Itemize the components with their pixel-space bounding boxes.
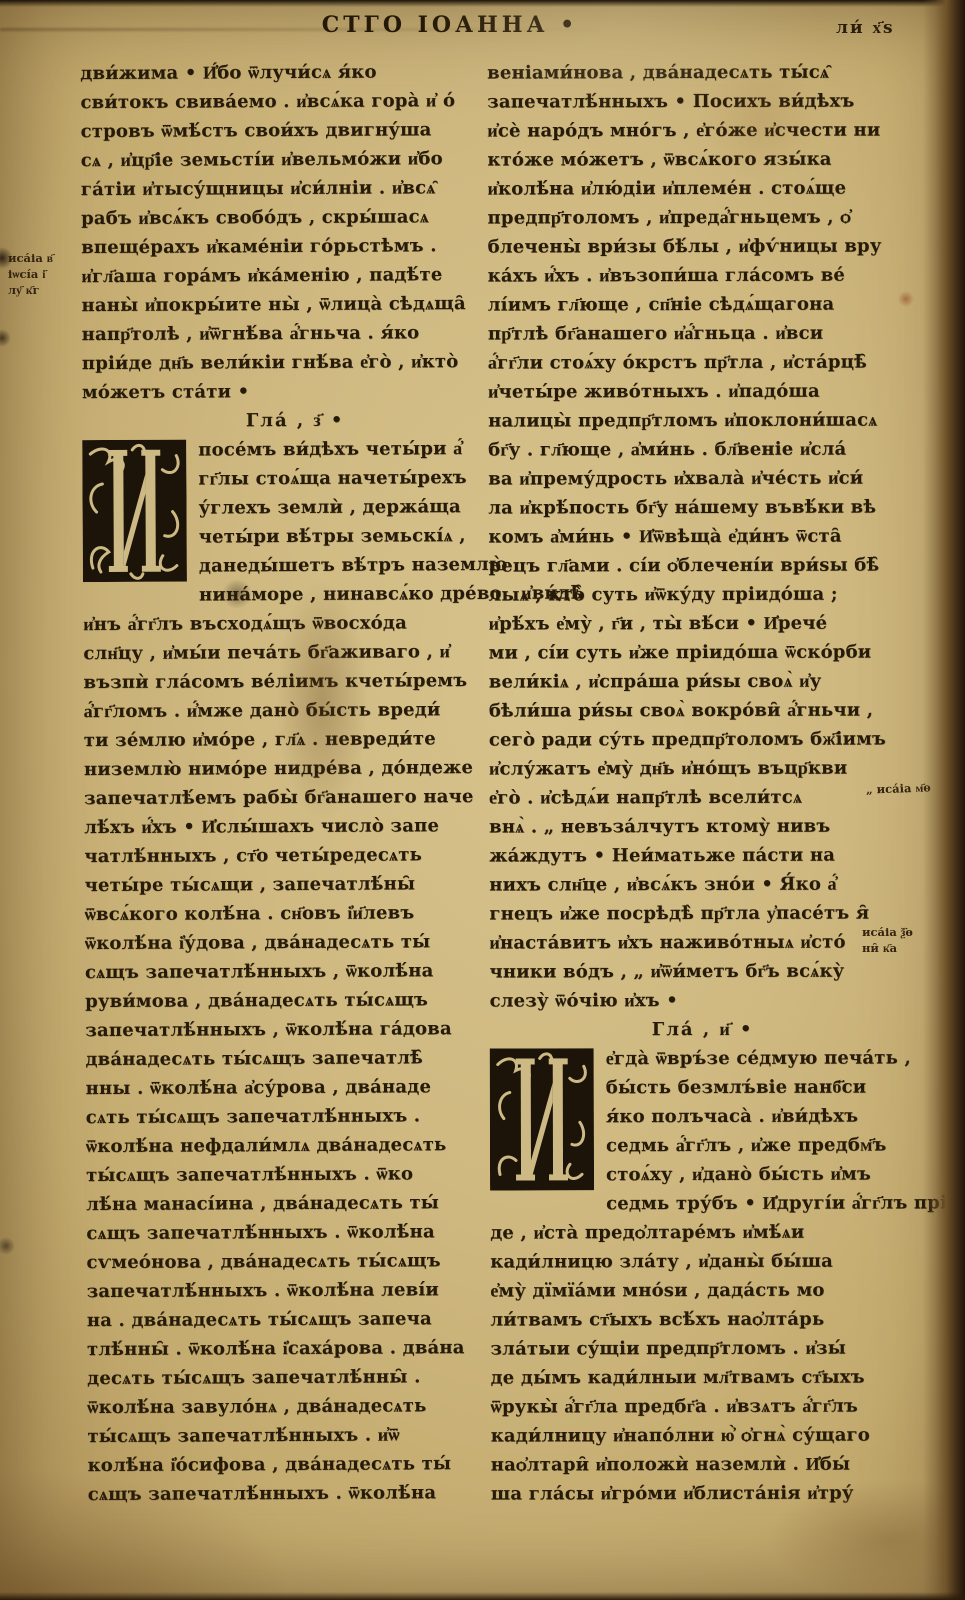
text-line: нина́море , нинавсѧ́ко дре́во . и҆ви́дѣ̑ xyxy=(83,579,509,610)
text-line: внѧ̀ . „ невъза́лчутъ ктому̀ нивъ xyxy=(489,811,915,841)
right-column-chapter8-text: е҆гда̀ ѿвръ́зе се́дмую печа́ть ,бы́сть б… xyxy=(490,1043,917,1508)
text-line: ша гла́сы и҆гро́ми и҆блиста́нія и҆тру́ xyxy=(491,1478,917,1508)
text-line: кади́лницю зла́ту , и҆даны̀ бы́ша xyxy=(490,1246,916,1276)
text-line: ты́сѧщъ запечатлѣ́нныхъ . и҆ѿ xyxy=(87,1420,513,1451)
text-line: иса́іа в҃ xyxy=(8,250,82,266)
left-column-chapter7-text: посе́мъ ви́дѣхъ четы́ри а҆́гг҃лы стоѧ́ща… xyxy=(82,434,514,1509)
text-line: кто́же мо́жетъ , ѿвсѧ́кого язы́ка xyxy=(487,144,913,174)
text-line: тлѣ́нны̑ . ѿколѣ́на і҆саха́рова . два́на xyxy=(87,1333,513,1364)
left-column-top-text: дви́жима • И҆́бо ѿлучи́сѧ я́косви́токъ с… xyxy=(80,57,508,407)
text-line: лыѧ , кто̀ суть и҆ѿку́ду пріидо́ша ; xyxy=(488,579,914,609)
text-line: и҆рѣ́хъ е҆му̀ , г҃и , ты̀ вѣ́си • И҆рече… xyxy=(489,608,915,638)
text-line: пр҃тлѣ бг҃анашего и҆а҆́гньца . и҆вси xyxy=(488,318,914,348)
text-line: сѧ , и҆цр҃іе земьсті́и и҆вельмо́жи и҆бо xyxy=(81,144,507,175)
text-line: пріи́де дн҃ь вели́кіи гнѣ́ва е҆го̀ , и҆к… xyxy=(82,347,508,378)
text-line: наны̀ и҆покры́ите ны̀ , ѿлица̀ сѣдѧща̑ xyxy=(81,289,507,320)
book-page-scan: СТГО ІОАННА • ли́ х҃ѕ иса́іа в҃іѡсі́а і҃… xyxy=(0,0,965,1600)
running-title: СТГО ІОАННА • xyxy=(250,12,650,38)
text-line: налицы̀ предпр҃тломъ и҆поклони́шасѧ xyxy=(488,405,914,435)
chapter-heading-8: Гла́ , и҃ • xyxy=(490,1014,916,1044)
text-line: рецъ гл҃ами . сі́и ѻ҆блечені́и ври́ѕы бѣ… xyxy=(488,550,914,580)
text-line: лѣ́на манасі́ина , два́надесѧть ты́ xyxy=(86,1188,512,1219)
text-line: лу҃ к҃г xyxy=(8,282,82,298)
text-line: и҆четы́ре живо́тныхъ . и҆падо́ша xyxy=(488,376,914,406)
text-line: колѣ́на і҆о́сифова , два́надесѧть ты́ xyxy=(87,1449,513,1480)
text-line: слн҃цу , и҆мы́и печа́ть бг҃аживаго , и҆ xyxy=(83,637,509,668)
text-line: сѧщъ запечатлѣ́нныхъ . ѿколѣ́на xyxy=(88,1478,514,1509)
text-line: ли́твамъ ст҃ыхъ всѣ́хъ наѻ҆лта́рь xyxy=(490,1304,916,1334)
text-line: напр҃толѣ , и҆ѿгнѣ́ва а҆́гньча . я́ко xyxy=(82,318,508,349)
text-line: запечатлѣ́нныхъ , ѿколѣ́на га́дова xyxy=(85,1014,511,1045)
text-line: запечатлѣ́нныхъ • Посихъ ви́дѣхъ xyxy=(487,86,913,116)
ornate-initial-woodcut-icon xyxy=(490,1048,594,1190)
text-line: сѧщъ запечатлѣ́нныхъ , ѿколѣ́на xyxy=(85,956,511,987)
text-line: ѿколѣ́на завуло́нѧ , два́надесѧть xyxy=(87,1391,513,1422)
text-line: де , и҆ста̀ предѻ҆лтаре́мъ и҆мѣ́ѧи xyxy=(490,1217,916,1247)
text-line: десѧть ты́сѧщъ запечатлѣ́нны̑ . xyxy=(87,1362,513,1393)
text-line: ва и҆прему́дрость и҆хвала̀ и҆че́сть и҆си… xyxy=(488,463,914,493)
text-line: на . два́надесѧть ты́сѧщъ запеча xyxy=(87,1304,513,1335)
text-line: и҆наста́витъ и҆хъ наживо́тныѧ и҆сто́ xyxy=(489,927,915,957)
text-line: мо́жетъ ста́ти • xyxy=(82,376,508,407)
text-line: предпр҃толомъ , и҆преда҆́гньцемъ , ѻ҆ xyxy=(487,202,913,232)
text-line: стровъ ѿмѣ́стъ свои́хъ двигну́ша xyxy=(81,115,507,146)
text-line: сего̀ ради су́ть предпр҃толомъ бж҃іимъ xyxy=(489,724,915,754)
text-line: сѧщъ запечатлѣ́нныхъ . ѿколѣ́на xyxy=(86,1217,512,1248)
left-column-body-text: посе́мъ ви́дѣхъ четы́ри а҆́гг҃лы стоѧ́ща… xyxy=(82,434,514,1509)
text-line: веніами́нова , два́надесѧть ты́сѧ̑ xyxy=(487,57,913,87)
text-line: вели́кіѧ , и҆спра́ша ри́ѕы своѧ̀ и҆у xyxy=(489,666,915,696)
text-line: чатлѣ́нныхъ , ст҃о четы́редесѧть xyxy=(84,840,510,871)
text-line: и҆гл҃аша гора́мъ и҆ка́менію , падѣ́те xyxy=(81,260,507,291)
text-line: наѻ҆лтари̑ и҆положѝ наземлѝ . И҆бы́ xyxy=(491,1449,917,1479)
text-line: ѿвсѧ́кого колѣ́на . сн҃овъ і҆и҃левъ xyxy=(85,898,511,929)
text-line: га́тіи и҆тысу́щницы и҆си́лніи . и҆всѧ̑ xyxy=(81,173,507,204)
ornate-initial-woodcut-icon xyxy=(82,440,187,583)
text-line: възпѝ гла́сомъ ве́ліимъ кчеты́ремъ xyxy=(83,666,509,697)
text-line: руви́мова , два́надесѧть ты́сѧщъ xyxy=(85,985,511,1016)
text-line: запечатлѣ́нныхъ . ѿколѣ́на леві́и xyxy=(87,1275,513,1306)
book-fore-edge xyxy=(923,0,965,1600)
text-line: ты́сѧщъ запечатлѣ́нныхъ . ѿко xyxy=(86,1159,512,1190)
text-line: рабъ и҆всѧ́къ свобо́дъ , скры́шасѧ xyxy=(81,202,507,233)
text-line: де ды́мъ кади́лныи мл҃твамъ ст҃ыхъ xyxy=(491,1362,917,1392)
text-line: и҆слу́жатъ е҆му̀ дн҃ь и҆но́щъ въцр҃кви xyxy=(489,753,915,783)
chapter-heading-7: Гла́ , з҃ • xyxy=(82,405,508,436)
text-line: бѣли́ша ри́ѕы своѧ̀ вокро́ви̑ а҆́гньчи , xyxy=(489,695,915,725)
text-line: нихъ слн҃це , и҆всѧ́къ зно́и • Я́ко а҆́ xyxy=(489,869,915,899)
margin-notes-left: иса́іа в҃іѡсі́а і҃лу҃ к҃г xyxy=(8,250,82,298)
text-line: ѿрукы̀ а҆́гг҃ла предбг҃а . и҆взѧтъ а҆́гг… xyxy=(491,1391,917,1421)
page-top-edge xyxy=(0,0,965,7)
text-line: ти зе́млю и҆мо́ре , гл҃ѧ . невреди́те xyxy=(84,724,510,755)
text-line: низемлю̀ нимо́ре нидре́ва , до́ндеже xyxy=(84,753,510,784)
text-line: ла и҆крѣ́пость бг҃у на́шему въвѣ́ки вѣ xyxy=(488,492,914,522)
text-line: е҆го̀ . и҆сѣдѧ́и напр҃тлѣ всели́тсѧ xyxy=(489,782,915,812)
text-line: зла́тыи су́щіи предпр҃тломъ . и҆зы́ xyxy=(490,1333,916,1363)
text-line: нны . ѿколѣ́на а҆су́рова , два́наде xyxy=(86,1072,512,1103)
text-line: комъ а҆ми́нь • И҆ѿвѣща̀ е҆ди́нъ ѿста̑ xyxy=(488,521,914,551)
text-line: гнецъ и҆же посрѣдѣ̀ пр҃тла у҆пасе́тъ я̑ xyxy=(489,898,915,928)
text-line: лі́имъ гл҃юще , сп҃ніе сѣдѧ́щагона xyxy=(488,289,914,319)
text-line: ка́хъ и҆́хъ . и҆възопи́ша гла́сомъ ве́ xyxy=(488,260,914,290)
text-line: кади́лницу и҆напо́лни ю҆̀ ѻ҆гнѧ̀ су́щаго xyxy=(491,1420,917,1450)
text-line: четы́ре ты́сѧщи , запечатлѣ́ны̑ xyxy=(84,869,510,900)
text-line: и҆нъ а҆́гг҃лъ въсходѧ́щъ ѿвосхо́да xyxy=(83,608,509,639)
text-line: слезу̀ ѿо́чію и҆хъ • xyxy=(490,985,916,1015)
text-line: и҆колѣ́на и҆лю́діи и҆племе́н . стоѧ́ще xyxy=(487,173,913,203)
text-line: два́надесѧть ты́сѧщъ запечатлѣ̑ xyxy=(85,1043,511,1074)
right-column-top-text: веніами́нова , два́надесѧть ты́сѧ̑запеча… xyxy=(487,57,916,1015)
text-line: ѿколѣ́на і҆у́дова , два́надесѧть ты́ xyxy=(85,927,511,958)
text-line: іѡсі́а і҃ xyxy=(8,266,82,282)
text-line: чники во́дъ , „ и҆ѿи́метъ бг҃ъ всѧ́ку̀ xyxy=(489,956,915,986)
text-line: седмь тру́бъ • И҆другі́и а҆́гг҃лъ пріи xyxy=(490,1188,916,1218)
text-line: сѧть ты́сѧщъ запечатлѣ́нныхъ . xyxy=(86,1101,512,1132)
text-line: е҆му̀ дїмїа́ми мно́ѕи , дада́сть мо xyxy=(490,1275,916,1305)
text-column-right: веніами́нова , два́надесѧть ты́сѧ̑запеча… xyxy=(487,57,917,1508)
text-line: бг҃у . гл҃юще , а҆ми́нь . бл҃веніе и҆сла… xyxy=(488,434,914,464)
text-line: жа́ждутъ • Неи́матьже па́сти на xyxy=(489,840,915,870)
text-line: а҆́гг҃ломъ . и҆́мже дано̀ бы́сть вреди́ xyxy=(84,695,510,726)
text-line: и҆сѐ наро́дъ мно́гъ , е҆го́же и҆счести н… xyxy=(487,115,913,145)
text-line: ми , сі́и суть и҆же пріидо́ша ѿско́рби xyxy=(489,637,915,667)
text-column-left: дви́жима • И҆́бо ѿлучи́сѧ я́косви́токъ с… xyxy=(80,57,514,1509)
text-line: впеще́рахъ и҆каме́ніи го́рьстѣмъ . xyxy=(81,231,507,262)
text-line: лѣ́хъ и҆́хъ • И҆слы́шахъ число̀ запе xyxy=(84,811,510,842)
text-line: запечатлѣ́емъ рабы̀ бг҃анашего наче xyxy=(84,782,510,813)
text-line: блечены̀ ври́зы бѣ́лы , и҆фѵ́ницы вру xyxy=(488,231,914,261)
text-line: сви́токъ свива́емо . и҆всѧ́ка гора̀ и҆ о… xyxy=(80,86,506,117)
page-bottom-edge xyxy=(0,1592,965,1600)
text-line: а҆́гг҃ли стоѧ́ху о́крстъ пр҃тла , и҆ста́… xyxy=(488,347,914,377)
text-line: дви́жима • И҆́бо ѿлучи́сѧ я́ко xyxy=(80,57,506,88)
text-line: ѿколѣ́на нефдали́млѧ два́надесѧть xyxy=(86,1130,512,1161)
text-line: сѵмео́нова , два́надесѧть ты́сѧщъ xyxy=(86,1246,512,1277)
